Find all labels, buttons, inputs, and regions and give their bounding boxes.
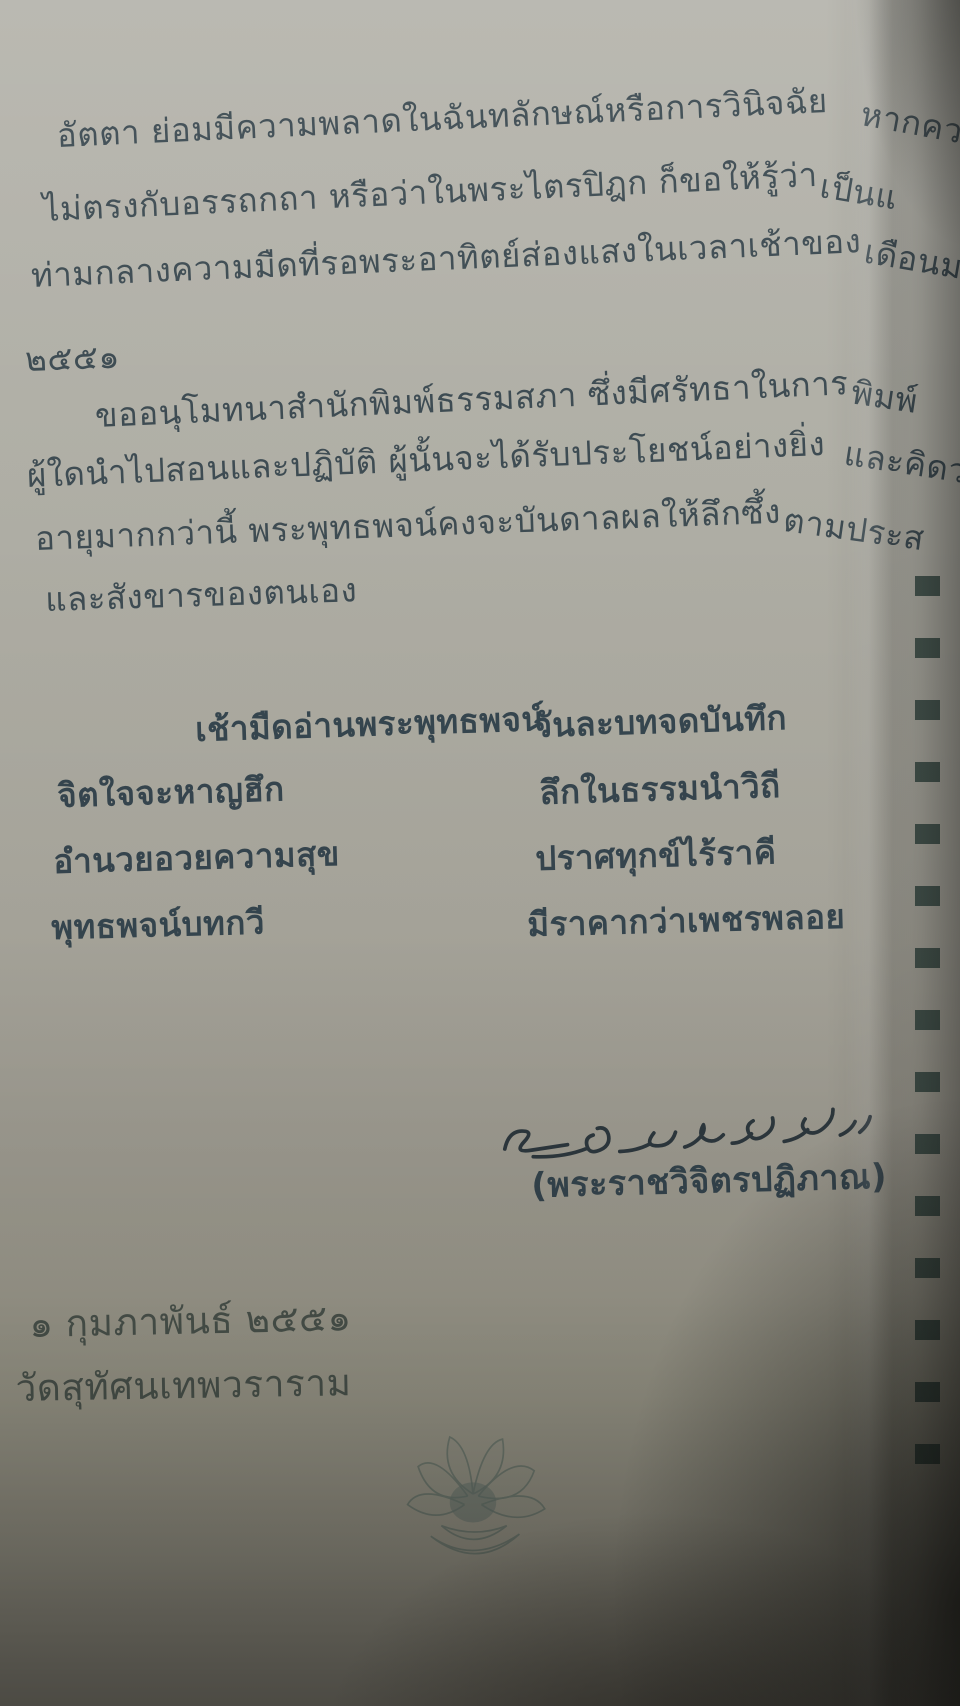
buddhist-era-year: ๒๕๕๑ <box>24 333 120 384</box>
poem-row1-right: วันละบทจดบันทึก <box>532 694 787 750</box>
next-page-edge-marks <box>915 576 940 1481</box>
date-line: ๑ กุมภาพันธ์ ๒๕๕๑ <box>29 1291 352 1351</box>
poem-row4-right: มีราคากว่าเพชรพลอย <box>527 893 846 949</box>
book-page-photo: อัตตา ย่อมมีความพลาดในฉันทลักษณ์หรือการว… <box>0 0 960 1706</box>
preface-paragraph2-line4: และสังขารของตนเอง <box>44 566 357 624</box>
poem-row3-left: อำนวยอวยความสุข <box>53 830 341 886</box>
temple-line: วัดสุทัศนเทพวราราม <box>15 1356 352 1415</box>
page-curl-text: เดือนม <box>860 228 960 292</box>
signer-printed-name: (พระราชวิจิตรปฏิภาณ) <box>531 1153 888 1212</box>
poem-row1-left: เช้ามืดอ่านพระพุทธพจน์ <box>194 695 545 754</box>
page-curl-text: ตามประส <box>781 496 928 563</box>
preface-paragraph1-line1: อัตตา ย่อมมีความพลาดในฉันทลักษณ์หรือการว… <box>56 69 960 160</box>
poem-row2-right: ลึกในธรรมนำวิถี <box>539 762 782 817</box>
lotus-watermark-icon <box>378 1418 568 1578</box>
poem-row2-left: จิตใจจะหาญฮึก <box>57 765 286 820</box>
preface-paragraph2-line3: อายุมากกว่านี้ พระพุทธพจน์คงจะบันดาลผลให… <box>34 482 923 562</box>
page-curl-text: เป็นแ <box>817 162 902 222</box>
poem-row3-right: ปราศทุกข์ไร้ราคี <box>535 828 777 883</box>
poem-row4-left: พุทธพจน์บทกวี <box>51 898 266 951</box>
